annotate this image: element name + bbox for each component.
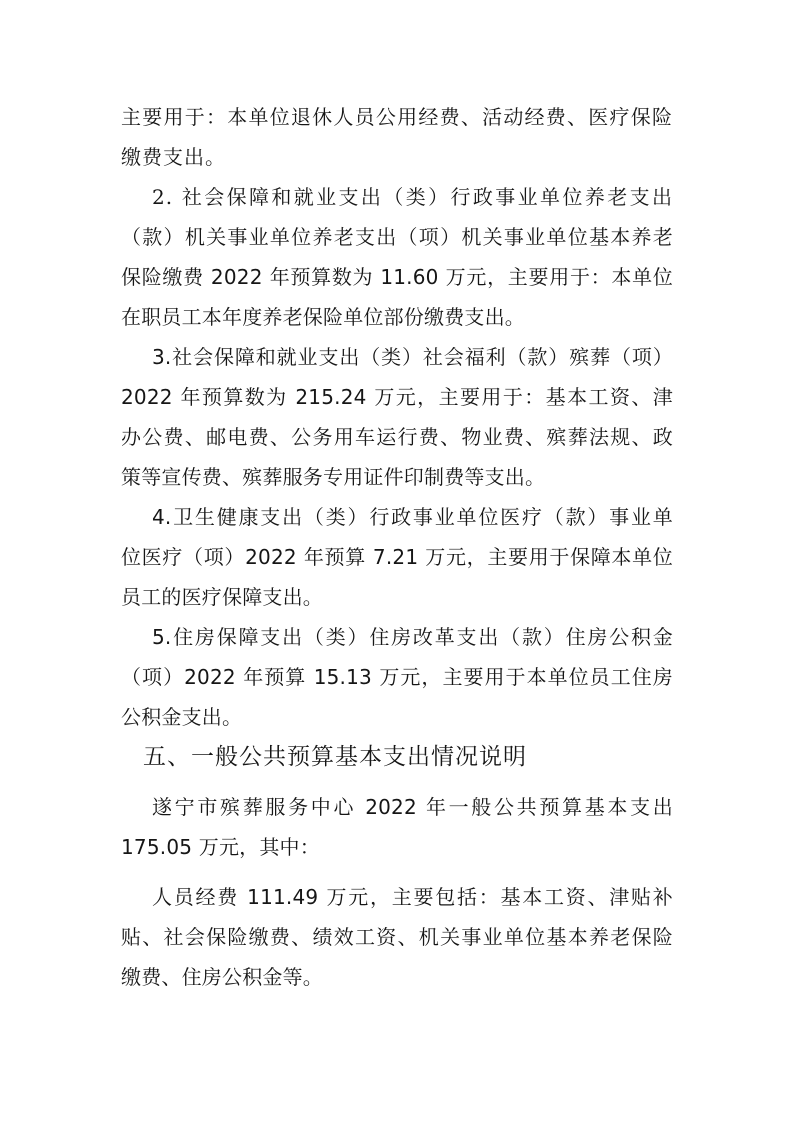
- doc-line-7: 3.社会保障和就业支出（类）社会福利（款）殡葬（项）: [121, 337, 673, 377]
- doc-line-13: 员工的医疗保障支出。: [121, 577, 673, 617]
- doc-line-6: 在职员工本年度养老保险单位部份缴费支出。: [121, 297, 673, 337]
- section-heading: 五、一般公共预算基本支出情况说明: [121, 737, 673, 777]
- doc-line-12: 位医疗（项）2022 年预算 7.21 万元，主要用于保障本单位: [121, 537, 673, 577]
- doc-line-21: 贴、社会保险缴费、绩效工资、机关事业单位基本养老保险: [121, 917, 673, 957]
- document-page: 主要用于：本单位退休人员公用经费、活动经费、医疗保险 缴费支出。 2. 社会保障…: [0, 0, 794, 1122]
- doc-line-3: 2. 社会保障和就业支出（类）行政事业单位养老支出: [121, 177, 673, 217]
- doc-line-18: 遂宁市殡葬服务中心 2022 年一般公共预算基本支出: [121, 787, 673, 827]
- doc-line-5: 保险缴费 2022 年预算数为 11.60 万元，主要用于：本单位: [121, 257, 673, 297]
- doc-line-20: 人员经费 111.49 万元，主要包括：基本工资、津贴补: [121, 877, 673, 917]
- doc-line-14: 5.住房保障支出（类）住房改革支出（款）住房公积金: [121, 617, 673, 657]
- doc-line-15: （项）2022 年预算 15.13 万元，主要用于本单位员工住房: [121, 657, 673, 697]
- doc-line-8: 2022 年预算数为 215.24 万元，主要用于：基本工资、津贴、: [121, 377, 673, 417]
- doc-line-11: 4.卫生健康支出（类）行政事业单位医疗（款）事业单: [121, 497, 673, 537]
- doc-line-10: 策等宣传费、殡葬服务专用证件印制费等支出。: [121, 457, 673, 497]
- doc-line-9: 办公费、邮电费、公务用车运行费、物业费、殡葬法规、政: [121, 417, 673, 457]
- doc-line-2: 缴费支出。: [121, 137, 673, 177]
- doc-line-19: 175.05 万元，其中：: [121, 827, 673, 867]
- doc-line-4: （款）机关事业单位养老支出（项）机关事业单位基本养老: [121, 217, 673, 257]
- doc-line-16: 公积金支出。: [121, 697, 673, 737]
- doc-line-22: 缴费、住房公积金等。: [121, 957, 673, 997]
- doc-line-1: 主要用于：本单位退休人员公用经费、活动经费、医疗保险: [121, 97, 673, 137]
